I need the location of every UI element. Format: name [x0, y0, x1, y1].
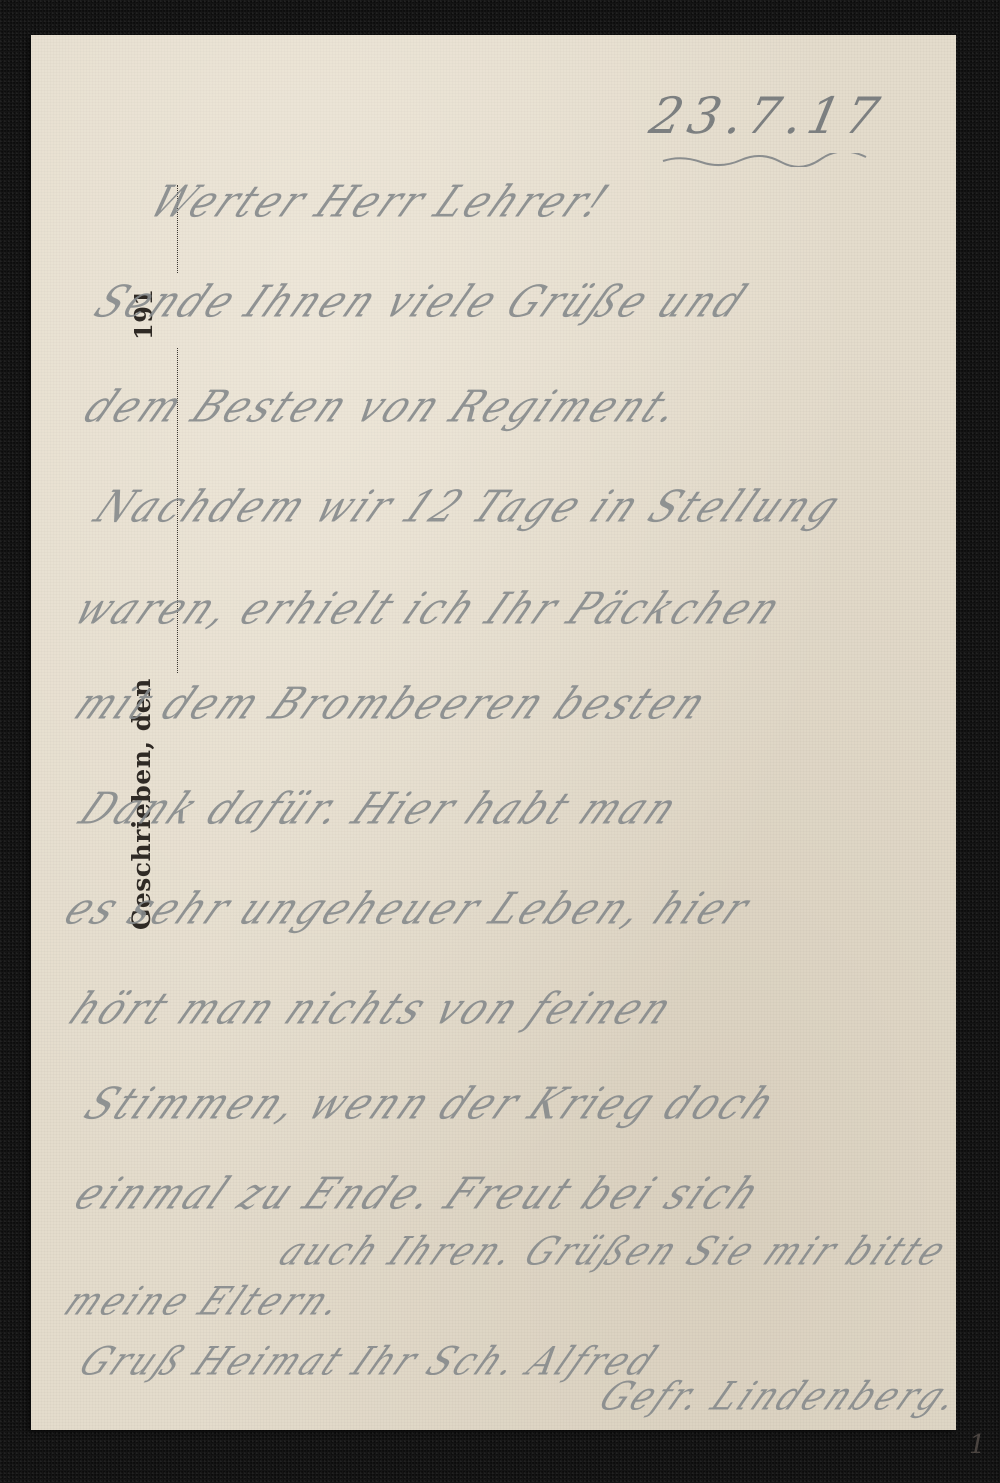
handwritten-line: Nachdem wir 12 Tage in Stellung — [86, 481, 852, 532]
handwritten-line: Gruß Heimat Ihr Sch. Alfred — [71, 1339, 667, 1385]
handwritten-line: meine Eltern. — [56, 1279, 354, 1325]
date-underline — [661, 153, 871, 167]
handwritten-line: waren, erhielt ich Ihr Päckchen — [66, 583, 793, 634]
postcard: 191 Geschrieben, den 23.7.17 Werter Herr… — [31, 35, 956, 1430]
handwritten-line: Werter Herr Lehrer! — [141, 176, 620, 227]
handwritten-line: Stimmen, wenn der Krieg doch — [76, 1078, 787, 1129]
corner-mark: 1 — [969, 1430, 986, 1460]
handwritten-line: einmal zu Ende. Freut bei sich — [66, 1168, 772, 1219]
handwritten-line: Dank dafür. Hier habt man — [71, 783, 689, 834]
handwritten-line: es sehr ungeheuer Leben, hier — [56, 883, 761, 934]
handwritten-line: mit dem Brombeeren besten — [66, 678, 718, 729]
handwritten-line: hört man nichts von feinen — [61, 983, 684, 1034]
handwritten-line: Sende Ihnen viele Grüße und — [86, 276, 758, 327]
handwritten-line: Gefr. Lindenberg. — [591, 1374, 970, 1420]
handwritten-line: dem Besten von Regiment. — [76, 381, 693, 432]
handwritten-date: 23.7.17 — [645, 87, 890, 145]
handwritten-line: auch Ihren. Grüßen Sie mir bitte — [271, 1229, 957, 1275]
